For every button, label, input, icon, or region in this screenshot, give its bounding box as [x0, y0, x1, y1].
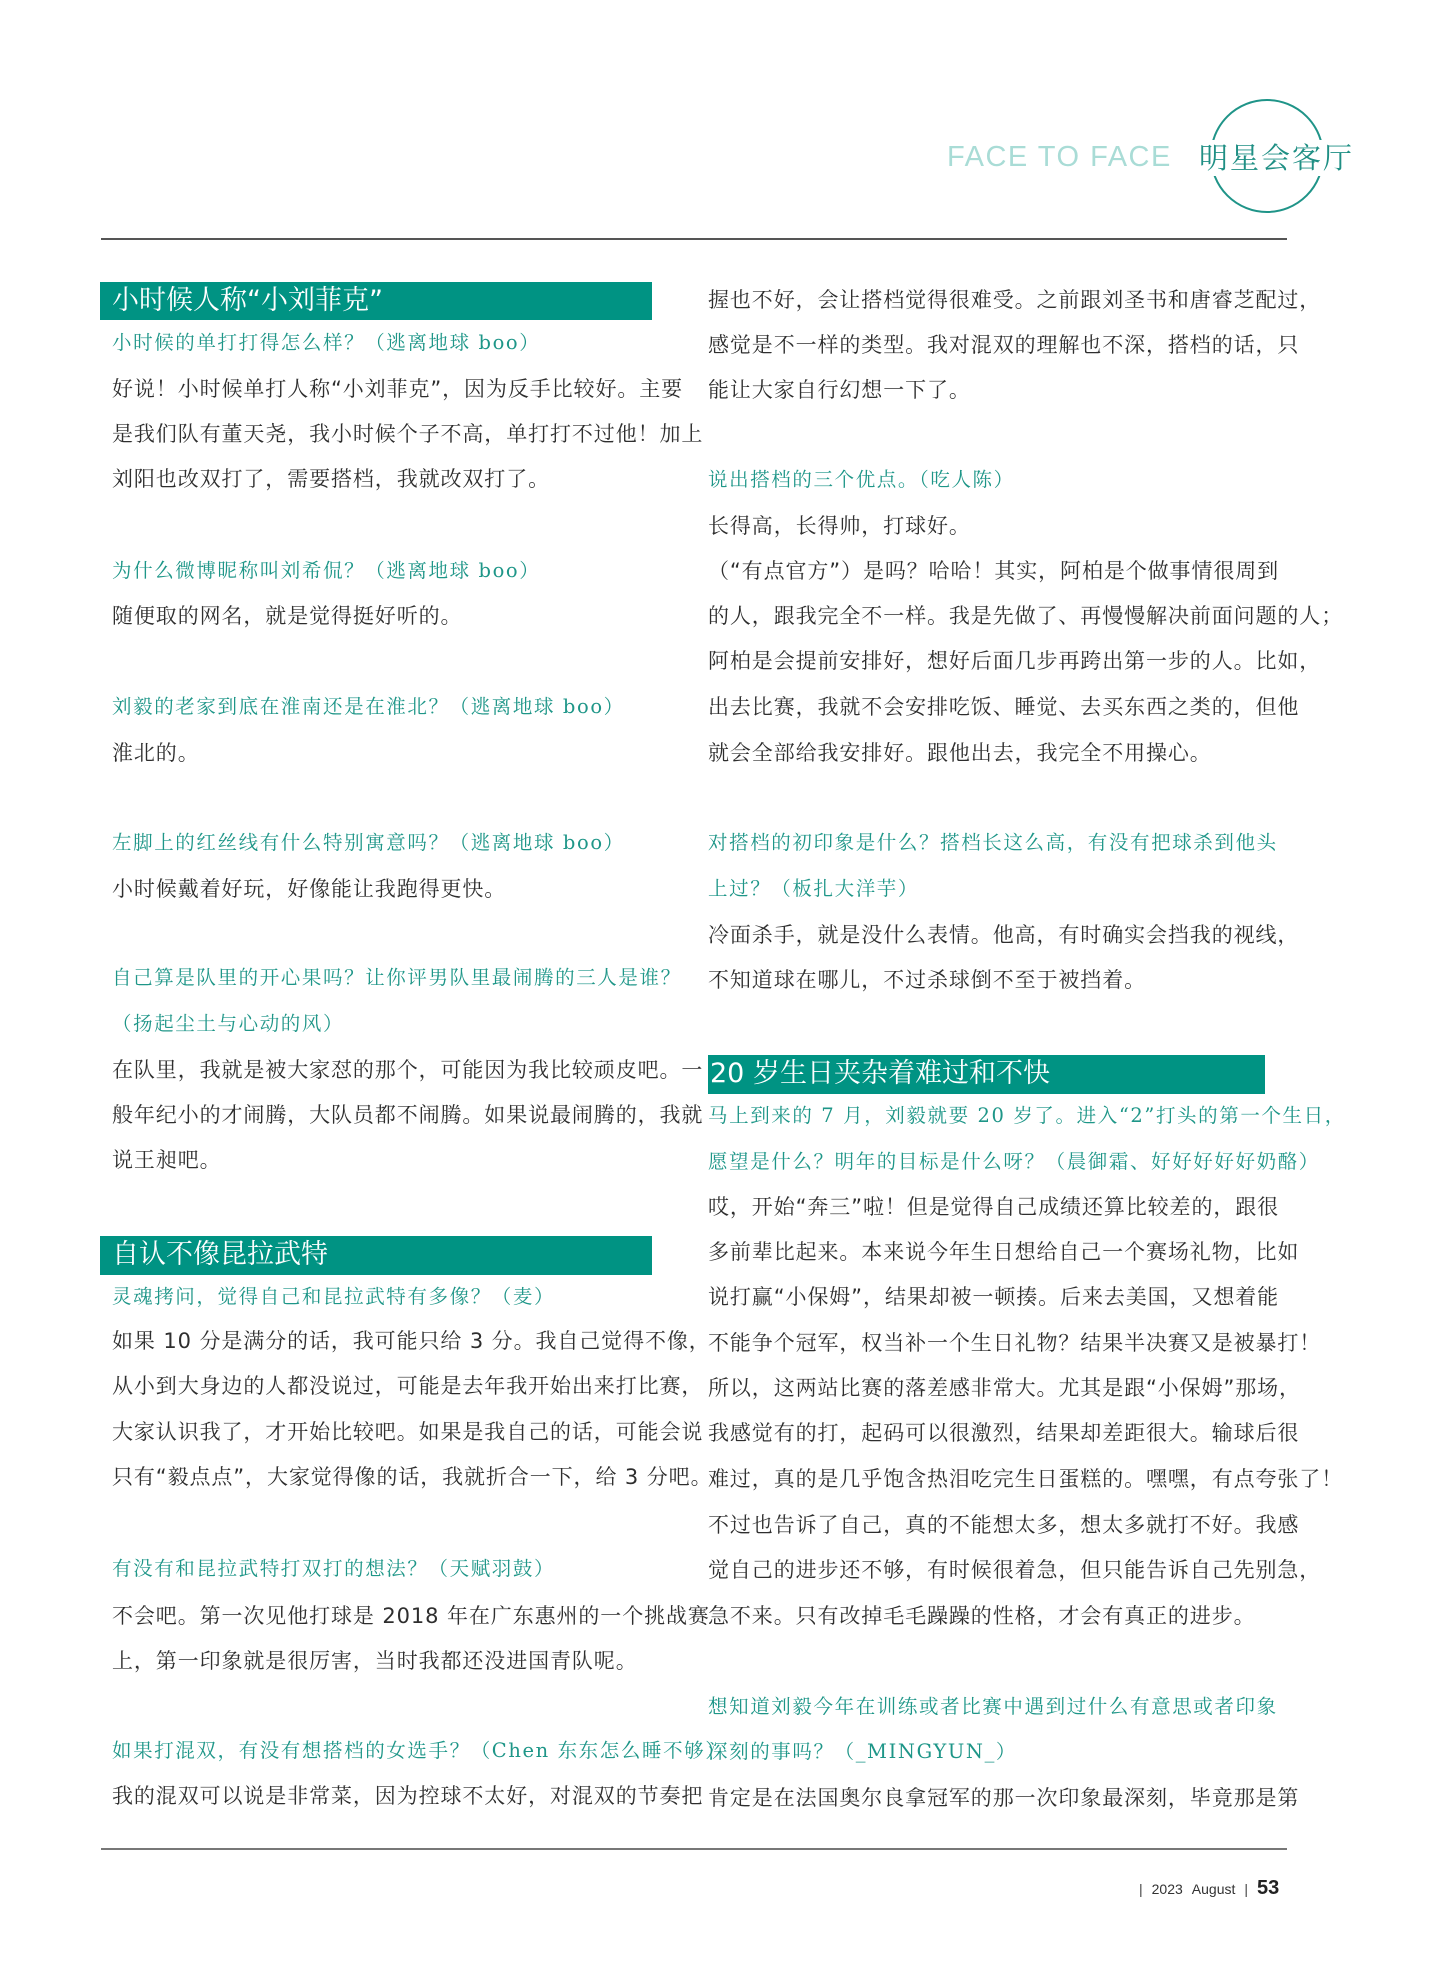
footer-separator: |: [1244, 1881, 1248, 1897]
answer-line: 感觉是不一样的类型。我对混双的理解也不深，搭档的话，只: [708, 330, 1299, 360]
section-heading: 自认不像昆拉武特: [100, 1236, 652, 1275]
answer-line: 我的混双可以说是非常菜，因为控球不太好，对混双的节奏把: [112, 1781, 703, 1811]
question: 上过？（板扎大洋芋）: [708, 874, 919, 904]
answer-line: 肯定是在法国奥尔良拿冠军的那一次印象最深刻，毕竟那是第: [708, 1783, 1299, 1813]
question: 为什么微博昵称叫刘希侃？（逃离地球 boo）: [112, 556, 540, 586]
question: 自己算是队里的开心果吗？让你评男队里最闹腾的三人是谁？: [112, 963, 682, 993]
answer-line: 出去比赛，我就不会安排吃饭、睡觉、去买东西之类的，但他: [708, 692, 1299, 722]
answer-line: 急不来。只有改掉毛毛躁躁的性格，才会有真正的进步。: [708, 1601, 1256, 1631]
answer-line: 是我们队有董天尧，我小时候个子不高，单打打不过他！加上: [112, 419, 703, 449]
footer-year: 2023: [1152, 1881, 1183, 1897]
answer-line: 长得高，长得帅，打球好。: [708, 511, 971, 541]
section-heading: 小时候人称“小刘菲克”: [100, 282, 652, 320]
answer-line: 随便取的网名，就是觉得挺好听的。: [112, 601, 462, 631]
answer-line: （“有点官方”）是吗？哈哈！其实，阿柏是个做事情很周到: [708, 556, 1279, 586]
answer-line: 哎，开始“奔三”啦！但是觉得自己成绩还算比较差的，跟很: [708, 1192, 1279, 1222]
kicker-face-to-face: FACE TO FACE: [947, 141, 1172, 174]
answer-line: 从小到大身边的人都没说过，可能是去年我开始出来打比赛，: [112, 1371, 703, 1401]
answer-line: 说王昶吧。: [112, 1145, 222, 1175]
answer-line: 大家认识我了，才开始比较吧。如果是我自己的话，可能会说: [112, 1417, 703, 1447]
answer-line: 不会吧。第一次见他打球是 2018 年在广东惠州的一个挑战赛: [112, 1601, 710, 1631]
answer-line: 握也不好，会让搭档觉得很难受。之前跟刘圣书和唐睿芝配过，: [708, 285, 1321, 315]
answer-line: 阿柏是会提前安排好，想好后面几步再跨出第一步的人。比如，: [708, 646, 1321, 676]
column-title: 明星会客厅: [1199, 140, 1354, 176]
footer-rule: [101, 1848, 1287, 1850]
answer-line: 般年纪小的才闹腾，大队员都不闹腾。如果说最闹腾的，我就: [112, 1100, 703, 1130]
answer-line: 能让大家自行幻想一下了。: [708, 375, 971, 405]
answer-line: 刘阳也改双打了，需要搭档，我就改双打了。: [112, 464, 550, 494]
answer-line: 不能争个冠军，权当补一个生日礼物？结果半决赛又是被暴打！: [708, 1328, 1321, 1358]
answer-line: 所以，这两站比赛的落差感非常大。尤其是跟“小保姆”那场，: [708, 1373, 1301, 1403]
answer-line: 冷面杀手，就是没什么表情。他高，有时确实会挡我的视线，: [708, 920, 1299, 950]
question: 马上到来的 7 月，刘毅就要 20 岁了。进入“2”打头的第一个生日，: [708, 1101, 1346, 1131]
answer-line: 说打赢“小保姆”，结果却被一顿揍。后来去美国，又想着能: [708, 1282, 1279, 1312]
question: 如果打混双，有没有想搭档的女选手？（Chen 东东怎么睡不够）: [112, 1736, 726, 1766]
answer-line: 只有“毅点点”，大家觉得像的话，我就折合一下，给 3 分吧。: [112, 1462, 712, 1492]
question: 想知道刘毅今年在训练或者比赛中遇到过什么有意思或者印象: [708, 1692, 1278, 1722]
page-number: 53: [1257, 1877, 1279, 1900]
answer-line: 小时候戴着好玩，好像能让我跑得更快。: [112, 874, 506, 904]
question: 刘毅的老家到底在淮南还是在淮北？（逃离地球 boo）: [112, 692, 625, 722]
answer-line: 不知道球在哪儿，不过杀球倒不至于被挡着。: [708, 965, 1146, 995]
answer-line: 的人，跟我完全不一样。我是先做了、再慢慢解决前面问题的人；: [708, 601, 1343, 631]
question: 深刻的事吗？（_MINGYUN_）: [708, 1737, 1017, 1767]
answer-line: 就会全部给我安排好。跟他出去，我完全不用操心。: [708, 738, 1212, 768]
question: 小时候的单打打得怎么样？（逃离地球 boo）: [112, 328, 540, 358]
question: 愿望是什么？明年的目标是什么呀？（晨御霜、好好好好好奶酪）: [708, 1147, 1320, 1177]
footer-month: August: [1192, 1881, 1236, 1897]
question: （扬起尘土与心动的风）: [112, 1009, 344, 1039]
question: 有没有和昆拉武特打双打的想法？（天赋羽鼓）: [112, 1554, 555, 1584]
answer-line: 觉自己的进步还不够，有时候很着急，但只能告诉自己先别急，: [708, 1555, 1321, 1585]
page-footer: | 2023 August | 53: [1139, 1877, 1279, 1900]
answer-line: 不过也告诉了自己，真的不能想太多，想太多就打不好。我感: [708, 1510, 1299, 1540]
question: 对搭档的初印象是什么？搭档长这么高，有没有把球杀到他头: [708, 828, 1278, 858]
footer-separator: |: [1139, 1881, 1143, 1897]
answer-line: 难过，真的是几乎饱含热泪吃完生日蛋糕的。嘿嘿，有点夸张了！: [708, 1464, 1343, 1494]
answer-line: 淮北的。: [112, 738, 200, 768]
answer-line: 在队里，我就是被大家怼的那个，可能因为我比较顽皮吧。一: [112, 1055, 703, 1085]
question: 说出搭档的三个优点。（吃人陈）: [708, 465, 1015, 495]
header-rule: [101, 238, 1287, 240]
answer-line: 好说！小时候单打人称“小刘菲克”，因为反手比较好。主要: [112, 374, 683, 404]
answer-line: 多前辈比起来。本来说今年生日想给自己一个赛场礼物，比如: [708, 1237, 1299, 1267]
question: 灵魂拷问，觉得自己和昆拉武特有多像？（麦）: [112, 1282, 555, 1312]
answer-line: 上，第一印象就是很厉害，当时我都还没进国青队呢。: [112, 1646, 638, 1676]
section-heading: 20 岁生日夹杂着难过和不快: [708, 1055, 1265, 1094]
answer-line: 我感觉有的打，起码可以很激烈，结果却差距很大。输球后很: [708, 1418, 1299, 1448]
answer-line: 如果 10 分是满分的话，我可能只给 3 分。我自己觉得不像，: [112, 1326, 711, 1356]
question: 左脚上的红丝线有什么特别寓意吗？（逃离地球 boo）: [112, 828, 625, 858]
